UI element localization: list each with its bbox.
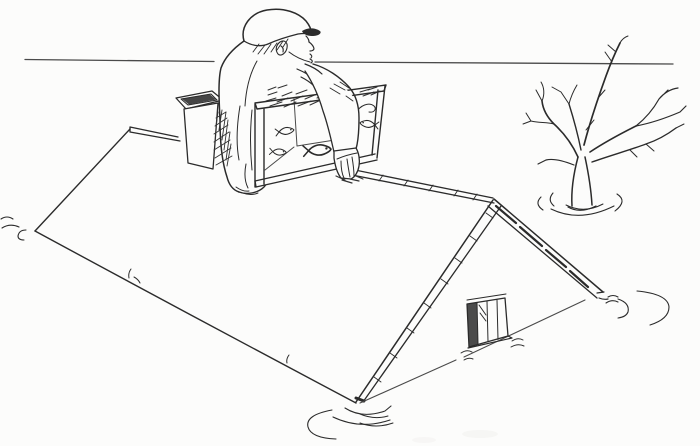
flood-cartoon-svg	[0, 0, 700, 446]
paper-background	[0, 0, 700, 446]
cartoon-illustration	[0, 0, 700, 446]
